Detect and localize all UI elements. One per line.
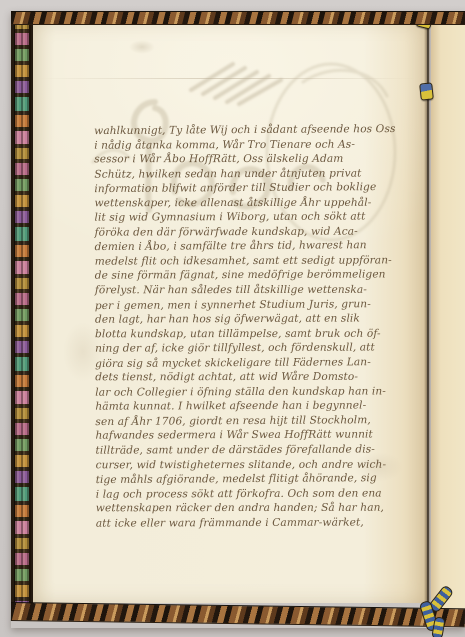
brocade-marbled-strip — [14, 14, 31, 616]
handwritten-line: lar och Collegier i öfning ställa den ku… — [95, 384, 407, 400]
handwritten-line: tillträde, samt under de därstädes föref… — [96, 442, 408, 458]
facing-page-edge — [431, 21, 465, 609]
handwritten-line: curser, wid twistigheternes slitande, oc… — [96, 457, 408, 472]
binding-edge-bottom — [11, 602, 465, 627]
handwritten-line: i lag och process sökt att förkofra. Och… — [96, 486, 408, 502]
handwritten-line: hämta kunnat. I hwilket afseende han i b… — [95, 399, 407, 415]
handwritten-line: wettenskaper, icke allenast åtskillige Å… — [94, 195, 406, 210]
cord-segment — [431, 616, 446, 637]
handwritten-line: tige måhls afgiörande, medelst flitigt å… — [96, 471, 408, 488]
binding-edge-top — [11, 11, 465, 25]
handwritten-line: den lagt, har han hos sig öfwerwägat, at… — [95, 311, 407, 327]
handwritten-line: medelst flit och idkesamhet, samt ett se… — [95, 253, 407, 269]
handwritten-line: sessor i Wår Åbo HoffRätt, Oss älskelig … — [94, 152, 406, 167]
handwritten-line: wettenskapen räcker den andra handen; Så… — [96, 501, 408, 516]
handwritten-line: information blifwit anförder till Studie… — [94, 180, 406, 197]
handwritten-line: sen af Åhr 1706, giordt en resa hijt til… — [95, 413, 407, 430]
handwritten-line: demien i Åbo, i samfälte tre åhrs tid, h… — [95, 238, 407, 255]
scanner-background: { "document": { "kind": "scanned page of… — [0, 0, 465, 637]
handwritten-line: de sine förmän fägnat, sine medöfrige be… — [95, 268, 407, 284]
handwritten-line: per i gemen, men i synnerhet Studium Jur… — [95, 296, 407, 313]
gutter-seam-line — [427, 21, 429, 606]
book: wahlkunnigt, Ty låte Wij och i sådant af… — [11, 11, 465, 628]
handwritten-line: att icke eller wara främmande i Cammar-w… — [96, 515, 408, 531]
handwritten-line: förelyst. När han således till åtskillig… — [95, 283, 407, 298]
book-gutter — [424, 21, 431, 606]
manuscript-page: wahlkunnigt, Ty låte Wij och i sådant af… — [33, 22, 427, 603]
stitching-thread-knot — [419, 82, 434, 100]
handwritten-line: dets tienst, nödigt achtat, att wid Wåre… — [95, 370, 407, 385]
handwritten-line: ning der af, icke giör tillfyllest, och … — [95, 341, 407, 357]
handwritten-line: i nådig åtanka komma, Wår Tro Tienare oc… — [94, 137, 406, 153]
handwritten-text-block: wahlkunnigt, Ty låte Wij och i sådant af… — [94, 122, 408, 531]
handwritten-line: blotta kundskap, utan tillämpelse, samt … — [95, 326, 407, 341]
bookmark-cord — [413, 583, 459, 637]
handwritten-line: lit sig wid Gymnasium i Wiborg, utan och… — [94, 210, 406, 226]
binding-left-board — [11, 14, 34, 616]
handwritten-line: hafwandes sedermera i Wår Swea HoffRätt … — [95, 428, 407, 444]
handwritten-line: wahlkunnigt, Ty låte Wij och i sådant af… — [94, 122, 406, 139]
